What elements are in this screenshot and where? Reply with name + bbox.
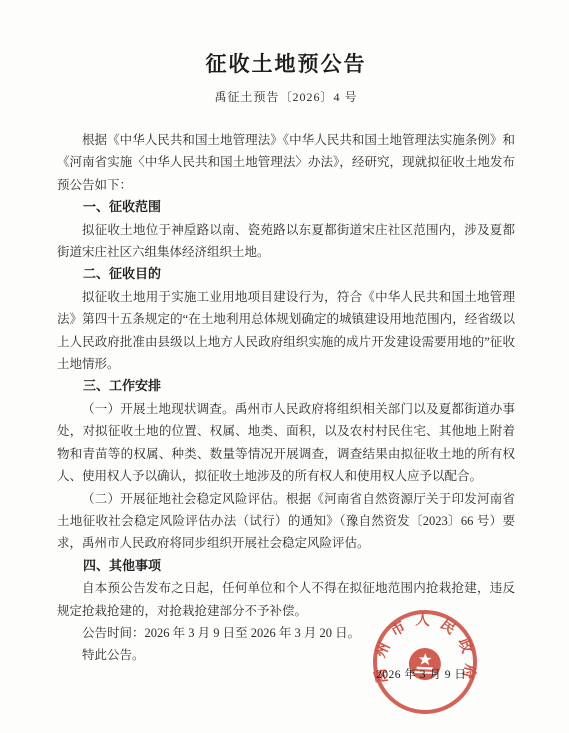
section-heading-scope: 一、征收范围: [57, 196, 515, 218]
section-paragraph: （一）开展土地现状调查。禹州市人民政府将组织相关部门以及夏都街道办事处，对拟征收…: [57, 398, 515, 488]
document-content: 征收土地预公告 禹征土预告〔2026〕4 号 根据《中华人民共和国土地管理法》《…: [0, 0, 569, 667]
section-heading-purpose: 二、征收目的: [57, 263, 515, 285]
document-number: 禹征土预告〔2026〕4 号: [57, 88, 515, 105]
section-paragraph: 拟征收土地位于神垕路以南、瓷苑路以东夏都街道宋庄社区范围内，涉及夏都街道宋庄社区…: [57, 219, 515, 264]
document-body: 根据《中华人民共和国土地管理法》《中华人民共和国土地管理法实施条例》和《河南省实…: [57, 129, 515, 667]
section-paragraph: （二）开展征地社会稳定风险评估。根据《河南省自然资源厅关于印发河南省土地征收社会…: [57, 488, 515, 555]
seal-graphic: 禹州市人民政府: [368, 605, 482, 719]
official-seal: 禹州市人民政府: [368, 605, 482, 719]
intro-paragraph: 根据《中华人民共和国土地管理法》《中华人民共和国土地管理法实施条例》和《河南省实…: [57, 129, 515, 196]
section-heading-arrangement: 三、工作安排: [57, 375, 515, 397]
document-title: 征收土地预公告: [57, 51, 515, 77]
seal-date: 2026 年 3 月 9 日: [376, 666, 466, 682]
section-paragraph: 拟征收土地用于实施工业用地项目建设行为，符合《中华人民共和国土地管理法》第四十五…: [57, 286, 515, 376]
section-heading-other: 四、其他事项: [57, 555, 515, 577]
document-page: 征收土地预公告 禹征土预告〔2026〕4 号 根据《中华人民共和国土地管理法》《…: [0, 0, 569, 733]
